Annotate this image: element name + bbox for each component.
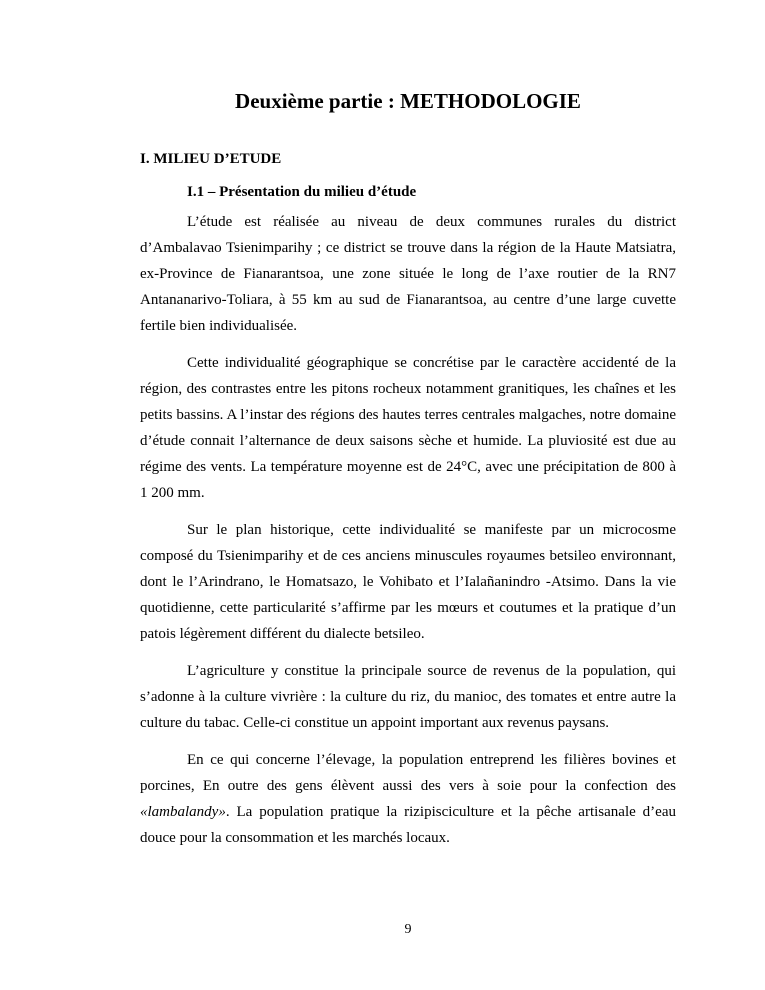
text-run: Cette individualité géographique se conc… <box>140 355 676 501</box>
document-page: Deuxième partie : METHODOLOGIE I. MILIEU… <box>0 0 765 990</box>
section-heading: I. MILIEU D’ETUDE <box>140 150 676 168</box>
paragraph: L’agriculture y constitue la principale … <box>140 658 676 736</box>
page-number: 9 <box>140 920 676 940</box>
paragraph: L’étude est réalisée au niveau de deux c… <box>140 209 676 339</box>
text-run: L’étude est réalisée au niveau de deux c… <box>140 214 676 334</box>
paragraph: En ce qui concerne l’élevage, la populat… <box>140 747 676 851</box>
text-run: L’agriculture y constitue la principale … <box>140 663 676 731</box>
document-title: Deuxième partie : METHODOLOGIE <box>140 88 676 114</box>
text-run: En ce qui concerne l’élevage, la populat… <box>140 752 676 794</box>
text-run: Sur le plan historique, cette individual… <box>140 522 676 642</box>
subsection-heading: I.1 – Présentation du milieu d’étude <box>187 183 676 201</box>
body-paragraphs: L’étude est réalisée au niveau de deux c… <box>140 209 676 851</box>
paragraph: Cette individualité géographique se conc… <box>140 350 676 506</box>
italic-text-run: «lambalandy» <box>140 804 226 820</box>
paragraph: Sur le plan historique, cette individual… <box>140 517 676 647</box>
